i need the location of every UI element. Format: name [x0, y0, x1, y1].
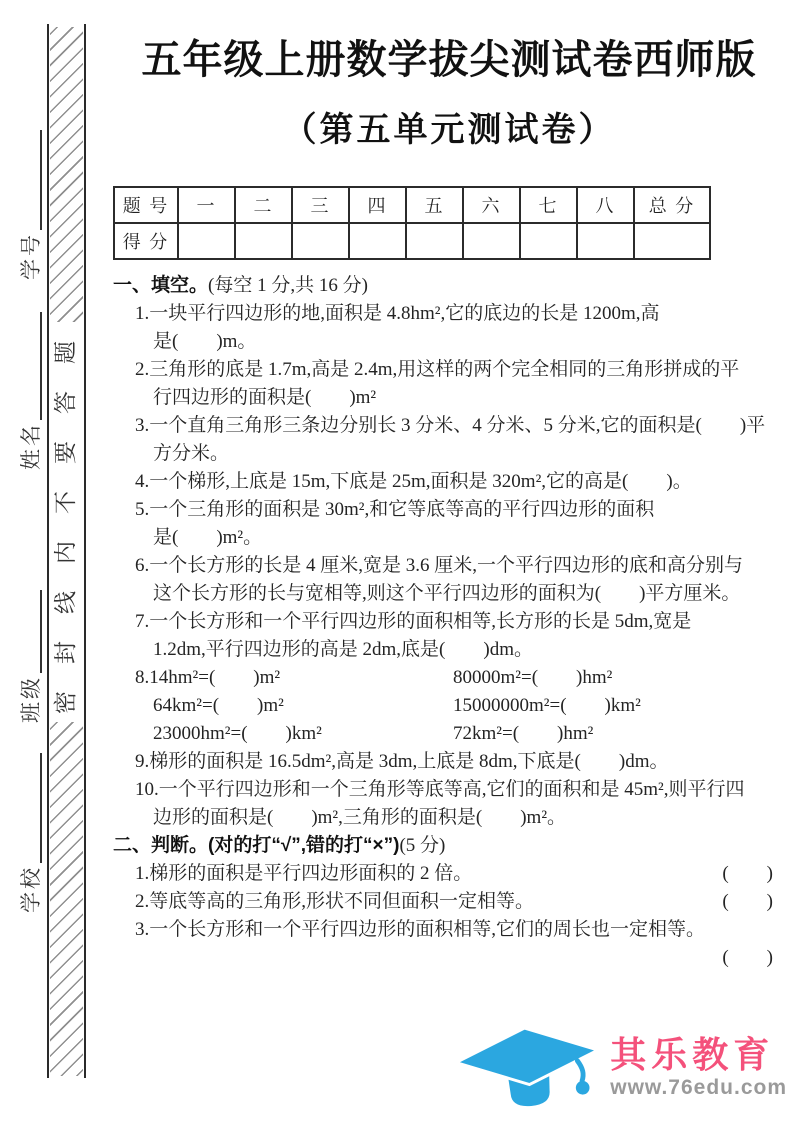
- section-heading-fill: 一、填空。(每空 1 分,共 16 分): [113, 272, 785, 300]
- score-cell: [577, 223, 634, 259]
- seal-field-student-id: 学号: [8, 130, 48, 280]
- question-line: 是( )m²。: [113, 524, 785, 552]
- question-line: 6.一个长方形的长是 4 厘米,宽是 3.6 厘米,一个平行四边形的底和高分别与: [113, 552, 785, 580]
- seal-strip: 密封线内不要答题: [48, 322, 84, 722]
- question-line: 1.一块平行四边形的地,面积是 4.8hm²,它的底边的长是 1200m,高: [113, 300, 785, 328]
- score-cell: [463, 223, 520, 259]
- judge-item: 1.梯形的面积是平行四边形面积的 2 倍。 ( ): [113, 860, 785, 888]
- score-cell: [349, 223, 406, 259]
- judge-item: 3.一个长方形和一个平行四边形的面积相等,它们的周长也一定相等。: [113, 916, 785, 944]
- question-line: 行四边形的面积是( )m²: [113, 384, 785, 412]
- conversion-right: 15000000m²=( )km²: [453, 692, 641, 720]
- column-2: 二: [235, 187, 292, 223]
- seal-hatching-top: [50, 27, 83, 322]
- q8-row: 8.14hm²=( )m² 80000m²=( )hm²: [113, 664, 785, 692]
- question-line: 10.一个平行四边形和一个三角形等底等高,它们的面积和是 45m²,则平行四: [113, 776, 785, 804]
- q8-row: 64km²=( )m² 15000000m²=( )km²: [113, 692, 785, 720]
- column-8: 八: [577, 187, 634, 223]
- score-cell: [235, 223, 292, 259]
- class-blank-line: [40, 590, 42, 673]
- score-label: 得 分: [114, 223, 178, 259]
- question-line: 5.一个三角形的面积是 30m²,和它等底等高的平行四边形的面积: [113, 496, 785, 524]
- page-subtitle: （第五单元测试卷）: [113, 108, 785, 152]
- conversion-right: 72km²=( )hm²: [453, 720, 593, 748]
- conversion-left: 64km²=( )m²: [113, 692, 453, 720]
- question-line: 7.一个长方形和一个平行四边形的面积相等,长方形的长是 5dm,宽是: [113, 608, 785, 636]
- seal-field-class: 班级: [8, 590, 48, 723]
- question-line: 这个长方形的长与宽相等,则这个平行四边形的面积为( )平方厘米。: [113, 580, 785, 608]
- judge-answer-line: ( ): [113, 944, 785, 972]
- seal-field-name: 姓名: [8, 312, 48, 470]
- school-blank-line: [40, 753, 42, 863]
- class-label: 班级: [14, 675, 48, 723]
- seal-hatching-bottom: [50, 722, 83, 1076]
- conversion-left: 23000hm²=( )km²: [113, 720, 453, 748]
- seal-border-right: [84, 24, 86, 1078]
- column-7: 七: [520, 187, 577, 223]
- school-label: 学校: [14, 865, 48, 913]
- column-5: 五: [406, 187, 463, 223]
- student-id-label: 学号: [14, 232, 48, 280]
- question-line: 是( )m。: [113, 328, 785, 356]
- column-3: 三: [292, 187, 349, 223]
- judge-heading-rest: (5 分): [399, 835, 445, 856]
- question-line: 3.一个直角三角形三条边分别长 3 分米、4 分米、5 分米,它的面积是( )平: [113, 412, 785, 440]
- seal-note-text: 密封线内不要答题: [48, 322, 84, 722]
- graduation-cap-icon: [451, 1020, 606, 1117]
- conversion-left: 8.14hm²=( )m²: [113, 664, 453, 692]
- question-line: 边形的面积是( )m²,三角形的面积是( )m²。: [113, 804, 785, 832]
- question-line: 方分米。: [113, 440, 785, 468]
- score-cell: [178, 223, 235, 259]
- judge-item: 2.等底等高的三角形,形状不同但面积一定相等。 ( ): [113, 888, 785, 916]
- question-line: 9.梯形的面积是 16.5dm²,高是 3dm,上底是 8dm,下底是( )dm…: [113, 748, 785, 776]
- score-table: 题 号 一 二 三 四 五 六 七 八 总 分 得 分: [113, 186, 711, 260]
- judge-text: 1.梯形的面积是平行四边形面积的 2 倍。: [113, 860, 472, 888]
- score-table-header-row: 题 号 一 二 三 四 五 六 七 八 总 分: [114, 187, 710, 223]
- column-4: 四: [349, 187, 406, 223]
- student-id-blank-line: [40, 130, 42, 230]
- fill-heading-rest: (每空 1 分,共 16 分): [208, 275, 368, 296]
- brand-name: 其乐教育: [610, 1035, 774, 1075]
- column-6: 六: [463, 187, 520, 223]
- question-line: 4.一个梯形,上底是 15m,下底是 25m,面积是 320m²,它的高是( )…: [113, 468, 785, 496]
- question-line: 1.2dm,平行四边形的高是 2dm,底是( )dm。: [113, 636, 785, 664]
- brand-logo: 其乐教育 www.76edu.com: [454, 1026, 787, 1110]
- score-cell: [634, 223, 710, 259]
- judge-text: 3.一个长方形和一个平行四边形的面积相等,它们的周长也一定相等。: [113, 916, 705, 944]
- score-cell: [520, 223, 577, 259]
- score-table-score-row: 得 分: [114, 223, 710, 259]
- conversion-right: 80000m²=( )hm²: [453, 664, 612, 692]
- test-paper: 五年级上册数学拔尖测试卷西师版 （第五单元测试卷） 题 号 一 二 三 四 五 …: [113, 0, 785, 972]
- brand-url: www.76edu.com: [610, 1075, 787, 1101]
- column-total: 总 分: [634, 187, 710, 223]
- name-label: 姓名: [14, 422, 48, 470]
- seal-field-school: 学校: [8, 753, 48, 913]
- judge-heading-bold: 二、判断。(对的打“√”,错的打“×”): [113, 835, 399, 856]
- fill-heading-bold: 一、填空。: [113, 275, 208, 296]
- answer-blank: ( ): [722, 888, 773, 916]
- answer-blank: ( ): [722, 947, 773, 968]
- question-number-label: 题 号: [114, 187, 178, 223]
- q8-row: 23000hm²=( )km² 72km²=( )hm²: [113, 720, 785, 748]
- answer-blank: ( ): [722, 860, 773, 888]
- score-cell: [292, 223, 349, 259]
- page-title: 五年级上册数学拔尖测试卷西师版: [113, 36, 785, 84]
- questions: 一、填空。(每空 1 分,共 16 分) 1.一块平行四边形的地,面积是 4.8…: [113, 272, 785, 972]
- column-1: 一: [178, 187, 235, 223]
- judge-text: 2.等底等高的三角形,形状不同但面积一定相等。: [113, 888, 534, 916]
- score-cell: [406, 223, 463, 259]
- name-blank-line: [40, 312, 42, 420]
- section-heading-judge: 二、判断。(对的打“√”,错的打“×”)(5 分): [113, 832, 785, 860]
- question-line: 2.三角形的底是 1.7m,高是 2.4m,用这样的两个完全相同的三角形拼成的平: [113, 356, 785, 384]
